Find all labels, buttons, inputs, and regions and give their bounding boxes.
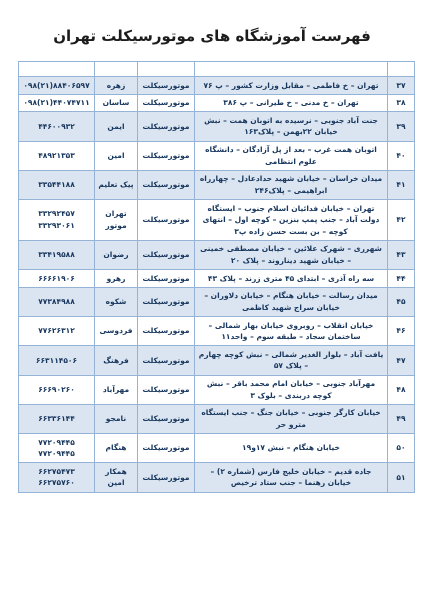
school-address: جنت آباد جنوبی – نرسیده به اتوبان همت – …	[195, 112, 388, 141]
school-name: امین	[95, 141, 138, 170]
school-address: تهران – خ مدنی – خ طیرانی – پ ۳۸۶	[195, 94, 388, 112]
school-address: شهرری – شهرک علائین – خیابان مصطفی خمینی…	[195, 240, 388, 269]
phone-number-2: ۷۷۲۰۹۴۴۵	[22, 448, 91, 460]
phone-number: ۶۶۶۶۱۹۰۶	[22, 273, 91, 285]
phone-number: ۰۹۸(۲۱)۸۸۴۰۶۵۹۷	[22, 80, 91, 92]
phone-number: ۶۶۶۹۰۲۶۰	[22, 384, 91, 396]
row-number: ۵۱	[388, 463, 415, 492]
school-type: موتورسیکلت	[138, 375, 195, 404]
table-row: ۴۵ میدان رسالت – خیابان هنگام – خیابان د…	[19, 287, 415, 316]
row-number: ۴۲	[388, 200, 415, 241]
school-type: موتورسیکلت	[138, 317, 195, 346]
school-name: فرهنگ	[95, 346, 138, 375]
school-name: زهره	[95, 77, 138, 95]
school-address: خیابان کارگر جنوبی – خیابان جنگ – جنب ای…	[195, 404, 388, 433]
table-row: ۵۰ خیابان هنگام – نبش ۱۷و۱۹ موتورسیکلت ه…	[19, 434, 415, 463]
phone-number: ۳۳۴۱۹۵۸۸	[22, 249, 91, 261]
table-header	[19, 62, 415, 77]
school-address: تهران – خ فاطمی – مقابل وزارت کشور – پ ۷…	[195, 77, 388, 95]
phone-cell: ۶۶۶۶۱۹۰۶	[19, 270, 95, 288]
table-row: ۳۸ تهران – خ مدنی – خ طیرانی – پ ۳۸۶ موت…	[19, 94, 415, 112]
school-name: رهرو	[95, 270, 138, 288]
phone-cell: ۶۶۳۱۱۴۵۰۶	[19, 346, 95, 375]
school-type: موتورسیکلت	[138, 200, 195, 241]
phone-cell: ۷۷۲۰۹۴۴۵ ۷۷۲۰۹۴۴۵	[19, 434, 95, 463]
document-page: فهرست آموزشگاه های موتورسیکلت تهران ۳۷	[0, 0, 424, 600]
school-name: ساسان	[95, 94, 138, 112]
school-name: مهرآباد	[95, 375, 138, 404]
phone-cell: ۷۷۶۲۶۳۱۲	[19, 317, 95, 346]
row-number: ۴۱	[388, 170, 415, 199]
table-row: ۴۳ شهرری – شهرک علائین – خیابان مصطفی خم…	[19, 240, 415, 269]
row-number: ۴۳	[388, 240, 415, 269]
school-address: خیابان هنگام – نبش ۱۷و۱۹	[195, 434, 388, 463]
school-type: موتورسیکلت	[138, 287, 195, 316]
phone-number: ۴۸۹۲۱۳۵۳	[22, 150, 91, 162]
phone-cell: ۶۶۶۹۰۲۶۰	[19, 375, 95, 404]
table-row: ۳۹ جنت آباد جنوبی – نرسیده به اتوبان همت…	[19, 112, 415, 141]
phone-number: ۳۳۲۹۲۴۵۷	[22, 208, 91, 220]
school-address: میدان رسالت – خیابان هنگام – خیابان دلاو…	[195, 287, 388, 316]
phone-cell: ۰۹۸(۲۱)۸۸۴۰۶۵۹۷	[19, 77, 95, 95]
school-address: میدان خراسان – خیابان شهید حدادعادل – چه…	[195, 170, 388, 199]
phone-number-2: ۶۶۲۷۵۷۶۰	[22, 477, 91, 489]
school-address: جاده قدیم – خیابان خلیج فارس (شماره ۲) –…	[195, 463, 388, 492]
school-address: اتوبان همت غرب – بعد از پل آزادگان – دان…	[195, 141, 388, 170]
school-type: موتورسیکلت	[138, 434, 195, 463]
school-type: موتورسیکلت	[138, 346, 195, 375]
row-number: ۴۴	[388, 270, 415, 288]
table-row: ۵۱ جاده قدیم – خیابان خلیج فارس (شماره ۲…	[19, 463, 415, 492]
phone-number: ۶۶۲۷۵۴۷۳	[22, 466, 91, 478]
phone-cell: ۶۶۳۳۶۱۴۴	[19, 404, 95, 433]
table-row: ۴۸ مهرآباد جنوبی – خیابان امام محمد باقر…	[19, 375, 415, 404]
phone-cell: ۳۳۴۱۹۵۸۸	[19, 240, 95, 269]
phone-number: ۶۶۳۳۶۱۴۴	[22, 413, 91, 425]
school-name: نامجو	[95, 404, 138, 433]
row-number: ۳۷	[388, 77, 415, 95]
table-row: ۴۲ تهران – خیابان فدائیان اسلام جنوب – ا…	[19, 200, 415, 241]
school-type: موتورسیکلت	[138, 77, 195, 95]
row-number: ۴۰	[388, 141, 415, 170]
phone-cell: ۳۳۵۴۴۱۸۸	[19, 170, 95, 199]
school-address: یافت آباد – بلوار الغدیر شمالی – نبش کوچ…	[195, 346, 388, 375]
table-row: ۴۱ میدان خراسان – خیابان شهید حدادعادل –…	[19, 170, 415, 199]
school-type: موتورسیکلت	[138, 141, 195, 170]
school-name: تهران موتور	[95, 200, 138, 241]
school-type: موتورسیکلت	[138, 270, 195, 288]
row-number: ۴۷	[388, 346, 415, 375]
school-type: موتورسیکلت	[138, 404, 195, 433]
school-address: تهران – خیابان فدائیان اسلام جنوب – ایست…	[195, 200, 388, 241]
school-name: هنگام	[95, 434, 138, 463]
school-name: ایمن	[95, 112, 138, 141]
row-number: ۳۸	[388, 94, 415, 112]
header-cell-number	[388, 62, 415, 77]
schools-table: ۳۷ تهران – خ فاطمی – مقابل وزارت کشور – …	[18, 61, 415, 493]
school-name: پیک تعلیم	[95, 170, 138, 199]
header-cell-type	[138, 62, 195, 77]
header-cell-name	[95, 62, 138, 77]
row-number: ۵۰	[388, 434, 415, 463]
school-address: خیابان انقلاب – روبروی خیابان بهار شمالی…	[195, 317, 388, 346]
school-name: فردوسی	[95, 317, 138, 346]
phone-number: ۰۹۸(۲۱)۴۴۰۷۴۷۱۱	[22, 97, 91, 109]
phone-cell: ۴۸۹۲۱۳۵۳	[19, 141, 95, 170]
phone-cell: ۷۷۳۸۴۹۸۸	[19, 287, 95, 316]
phone-number: ۷۷۲۰۹۴۴۵	[22, 437, 91, 449]
school-type: موتورسیکلت	[138, 94, 195, 112]
table-body: ۳۷ تهران – خ فاطمی – مقابل وزارت کشور – …	[19, 77, 415, 493]
school-address: سه راه آذری – ابتدای ۴۵ متری زرند – پلاک…	[195, 270, 388, 288]
phone-cell: ۴۴۶۰۰۹۳۲	[19, 112, 95, 141]
row-number: ۴۶	[388, 317, 415, 346]
phone-cell: ۳۳۲۹۲۴۵۷ ۳۳۲۹۳۰۶۱	[19, 200, 95, 241]
table-row: ۴۰ اتوبان همت غرب – بعد از پل آزادگان – …	[19, 141, 415, 170]
phone-number: ۳۳۵۴۴۱۸۸	[22, 179, 91, 191]
school-type: موتورسیکلت	[138, 112, 195, 141]
school-type: موتورسیکلت	[138, 463, 195, 492]
header-cell-phone	[19, 62, 95, 77]
school-name: شکوه	[95, 287, 138, 316]
row-number: ۴۵	[388, 287, 415, 316]
phone-number: ۷۷۶۲۶۳۱۲	[22, 325, 91, 337]
table-row: ۴۷ یافت آباد – بلوار الغدیر شمالی – نبش …	[19, 346, 415, 375]
page-title: فهرست آموزشگاه های موتورسیکلت تهران	[0, 0, 424, 45]
school-address: مهرآباد جنوبی – خیابان امام محمد باقر – …	[195, 375, 388, 404]
table-row: ۳۷ تهران – خ فاطمی – مقابل وزارت کشور – …	[19, 77, 415, 95]
school-type: موتورسیکلت	[138, 170, 195, 199]
row-number: ۴۸	[388, 375, 415, 404]
row-number: ۴۹	[388, 404, 415, 433]
table-header-row	[19, 62, 415, 77]
phone-number: ۶۶۳۱۱۴۵۰۶	[22, 355, 91, 367]
school-name: همکار امین	[95, 463, 138, 492]
table-row: ۴۶ خیابان انقلاب – روبروی خیابان بهار شم…	[19, 317, 415, 346]
phone-number-2: ۳۳۲۹۳۰۶۱	[22, 220, 91, 232]
phone-cell: ۶۶۲۷۵۴۷۳ ۶۶۲۷۵۷۶۰	[19, 463, 95, 492]
table-row: ۴۴ سه راه آذری – ابتدای ۴۵ متری زرند – پ…	[19, 270, 415, 288]
phone-number: ۷۷۳۸۴۹۸۸	[22, 296, 91, 308]
phone-cell: ۰۹۸(۲۱)۴۴۰۷۴۷۱۱	[19, 94, 95, 112]
table-row: ۴۹ خیابان کارگر جنوبی – خیابان جنگ – جنب…	[19, 404, 415, 433]
row-number: ۳۹	[388, 112, 415, 141]
school-name: رضوان	[95, 240, 138, 269]
header-cell-address	[195, 62, 388, 77]
school-type: موتورسیکلت	[138, 240, 195, 269]
phone-number: ۴۴۶۰۰۹۳۲	[22, 121, 91, 133]
